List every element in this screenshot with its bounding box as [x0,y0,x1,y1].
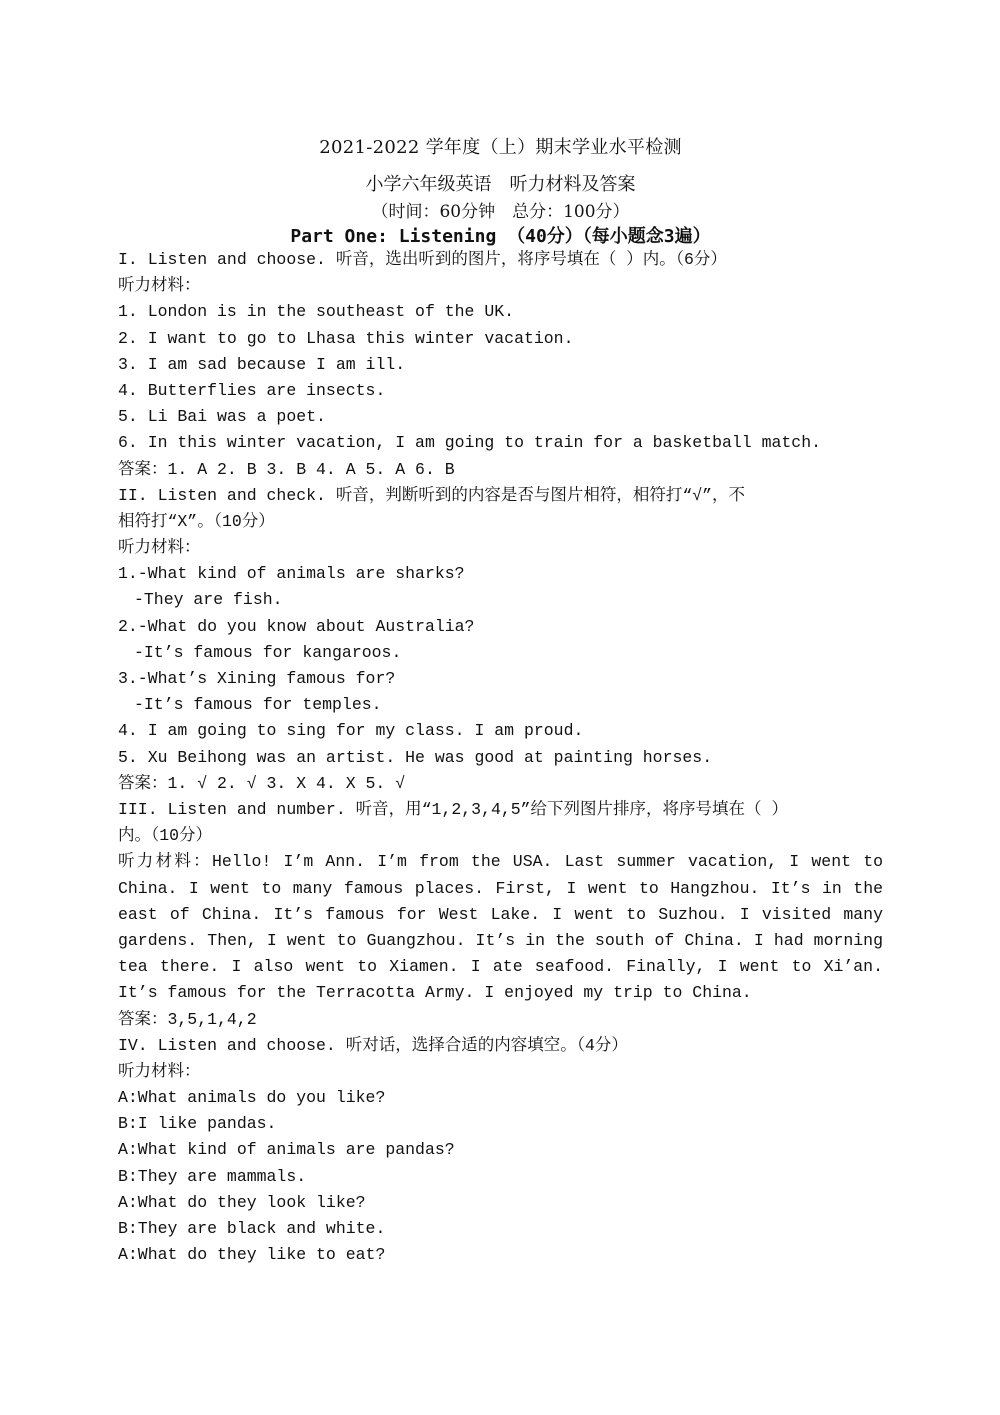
dialogue-line: B:I like pandas. [118,1111,883,1137]
section-2-item: -It’s famous for kangaroos. [118,640,883,666]
section-3-heading-cont: 内。（10分） [118,823,883,849]
section-2-item: 4. I am going to sing for my class. I am… [118,718,883,744]
section-1-item: 6. In this winter vacation, I am going t… [118,430,883,456]
section-2-answer: 答案：1. √ 2. √ 3. X 4. X 5. √ [118,771,883,797]
section-1-heading: I. Listen and choose. 听音，选出听到的图片，将序号填在（ … [118,247,883,273]
dialogue-line: A:What do they like to eat? [118,1242,883,1268]
document-title: 2021-2022 学年度（上）期末学业水平检测 [118,133,883,159]
document-body: I. Listen and choose. 听音，选出听到的图片，将序号填在（ … [118,247,883,1268]
document-subtitle: 小学六年级英语 听力材料及答案 [118,170,883,196]
dialogue-line: A:What do they look like? [118,1190,883,1216]
section-1-item: 5. Li Bai was a poet. [118,404,883,430]
time-and-score-info: （时间：60分钟 总分：100分） [118,197,883,222]
section-1-material-label: 听力材料： [118,273,883,299]
dialogue-line: B:They are mammals. [118,1164,883,1190]
dialogue-line: A:What animals do you like? [118,1085,883,1111]
section-2-item: 3.-What’s Xining famous for? [118,666,883,692]
section-2-item: 1.-What kind of animals are sharks? [118,561,883,587]
section-2-item: 5. Xu Beihong was an artist. He was good… [118,745,883,771]
section-4-material-label: 听力材料： [118,1059,883,1085]
section-3-heading: III. Listen and number. 听音，用“1,2,3,4,5”给… [118,797,883,823]
section-1-item: 4. Butterflies are insects. [118,378,883,404]
section-3-material: 听力材料：Hello! I’m Ann. I’m from the USA. L… [118,849,883,1006]
section-2-material-label: 听力材料： [118,535,883,561]
section-2-heading: II. Listen and check. 听音，判断听到的内容是否与图片相符，… [118,483,883,509]
section-2-item: 2.-What do you know about Australia? [118,614,883,640]
section-4-heading: IV. Listen and choose. 听对话，选择合适的内容填空。（4分… [118,1033,883,1059]
section-1-answer: 答案：1. A 2. B 3. B 4. A 5. A 6. B [118,457,883,483]
section-1-item: 3. I am sad because I am ill. [118,352,883,378]
part-title: Part One: Listening （40分）（每小题念3遍） [118,222,883,248]
section-1-item: 1. London is in the southeast of the UK. [118,299,883,325]
section-2-item: -They are fish. [118,587,883,613]
section-3-answer: 答案：3,5,1,4,2 [118,1007,883,1033]
section-2-item: -It’s famous for temples. [118,692,883,718]
section-1-item: 2. I want to go to Lhasa this winter vac… [118,326,883,352]
dialogue-line: B:They are black and white. [118,1216,883,1242]
dialogue-line: A:What kind of animals are pandas? [118,1137,883,1163]
section-2-heading-cont: 相符打“X”。（10分） [118,509,883,535]
